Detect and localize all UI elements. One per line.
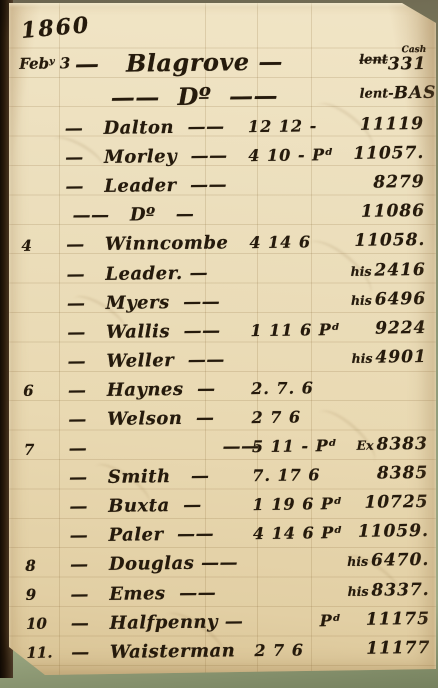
entry-date: 7 — [16, 440, 62, 459]
entry-name: — Wallis —— — [60, 320, 250, 343]
entry-ref-number-wrap: Ex8383 — [356, 436, 428, 454]
entry-ref-prefix: his — [347, 585, 368, 598]
entry-ref-number-wrap: 11175 — [366, 611, 430, 629]
entry-amount: 2. 7. 6 — [251, 378, 337, 398]
entry-reference: 8279 — [335, 174, 435, 192]
entry-reference: 11175 — [340, 610, 438, 628]
entry-ref-number-line: his8337. — [347, 581, 429, 599]
year-heading: 1860 — [20, 12, 91, 44]
entry-date: Febʸ 3 — [11, 54, 57, 73]
entry-amount — [249, 213, 335, 214]
entry-reference: lent-BASS — [333, 84, 438, 103]
entry-amount: 4 10 - Pᵈ — [248, 145, 334, 165]
entry-ref-number: 8279 — [373, 174, 425, 192]
ledger-entries: Febʸ 3 — Blagrove —lentCash331 —— Dº ——l… — [11, 42, 438, 668]
entry-ref-number-wrap: 10725 — [364, 494, 428, 512]
entry-amount — [253, 562, 339, 563]
entry-amount: 1 11 6 Pᵈ — [250, 320, 336, 340]
entry-amount: 4 14 6 Pᵈ — [253, 523, 339, 543]
entry-ref-number-wrap: 11119 — [360, 116, 424, 134]
entry-ref-number: 10725 — [364, 494, 428, 512]
ledger-row: —— Dº ——lent-BASS — [11, 76, 433, 115]
entry-ref-number: 2416 — [374, 261, 426, 279]
entry-reference: his4901 — [337, 349, 437, 367]
entry-ref-number-wrap: BASS — [394, 84, 438, 102]
scanned-ledger-photo: 1860 Febʸ 3 — Blagrove —lentCash331 —— D… — [0, 0, 438, 688]
entry-date — [14, 333, 60, 334]
entry-ref-number: 11175 — [366, 611, 430, 629]
entry-reference: Ex8383 — [338, 436, 438, 454]
entry-ref-label: lent- — [360, 86, 394, 101]
entry-amount: 1 19 6 Pᵈ — [252, 494, 338, 514]
entry-amount — [250, 300, 336, 301]
entry-reference: 11086 — [335, 203, 435, 221]
entry-ref-number: 331 — [388, 55, 427, 72]
entry-ref-number-line: 11058. — [354, 232, 425, 250]
entry-amount — [250, 271, 336, 272]
entry-reference: 10725 — [339, 494, 438, 512]
entry-date: 4 — [13, 236, 59, 255]
entry-ref-prefix: his — [347, 556, 368, 569]
entry-name: — Welson — — [61, 407, 251, 430]
entry-ref-number-wrap: 11177 — [366, 640, 430, 658]
entry-amount — [249, 184, 335, 185]
entry-date — [17, 507, 63, 508]
entry-ref-number-wrap: his8337. — [347, 581, 429, 599]
entry-ref-number: 6470. — [371, 552, 429, 570]
entry-date — [14, 304, 60, 305]
entry-reference: his6470. — [339, 552, 438, 570]
entry-reference: his8337. — [340, 581, 438, 599]
entry-reference — [337, 386, 437, 387]
entry-ref-number: 6496 — [375, 291, 427, 309]
entry-name: — Waisterman — [64, 640, 254, 663]
entry-ref-number-line: 9224 — [375, 320, 427, 338]
entry-ref-number-wrap: 11058. — [354, 232, 425, 250]
entry-ref-number-wrap: 8385 — [377, 465, 429, 483]
entry-ref-prefix: his — [350, 265, 371, 278]
entry-ref-number-line: his4901 — [352, 349, 427, 367]
entry-ref-number-wrap: 8279 — [373, 174, 425, 192]
entry-date — [13, 216, 59, 217]
entry-ref-number-wrap: 11086 — [361, 203, 425, 221]
entry-name: — Buxta — — [62, 494, 252, 517]
entry-ref-number-line: 11175 — [366, 611, 430, 629]
entry-ref-number-wrap: 9224 — [375, 320, 427, 338]
entry-reference: lentCash331 — [333, 45, 436, 73]
entry-ref-number-line: 11059. — [358, 523, 429, 541]
entry-name: — Myers —— — [60, 291, 250, 314]
entry-ref-number: 8383 — [376, 436, 428, 454]
entry-ref-number-line: his6470. — [347, 552, 429, 570]
entry-date — [14, 274, 60, 275]
entry-reference: 11058. — [335, 232, 435, 250]
entry-amount — [254, 591, 340, 592]
entry-name: — Morley —— — [58, 145, 248, 168]
entry-ref-number: 11059. — [358, 523, 429, 541]
entry-reference: his6496 — [336, 290, 436, 308]
ledger-row: Febʸ 3 — Blagrove —lentCash331 — [11, 42, 433, 81]
entry-name: — Blagrove — — [57, 47, 247, 78]
entry-date: 10 — [18, 615, 64, 634]
entry-ref-number: 11058. — [354, 232, 425, 250]
entry-date: 9 — [18, 585, 64, 604]
entry-ref-prefix: his — [352, 352, 373, 365]
entry-name: — Leader —— — [59, 174, 249, 197]
entry-reference: 11119 — [334, 116, 434, 134]
entry-ref-number: 9224 — [375, 320, 427, 338]
entry-date: 8 — [17, 556, 63, 575]
entry-date — [17, 536, 63, 537]
entry-ref-number-line: 11057. — [353, 145, 424, 163]
entry-name: — Douglas —— — [63, 553, 253, 576]
entry-ref-number: 11057. — [353, 145, 424, 163]
entry-amount: 2 7 6 — [254, 640, 340, 660]
entry-amount: Pᵈ — [254, 611, 340, 631]
entry-ref-number-line: 8385 — [377, 465, 429, 483]
entry-reference: 11059. — [339, 523, 438, 541]
entry-amount: 5 11 - Pᵈ — [252, 436, 338, 456]
entry-ref-number: BASS — [394, 84, 438, 102]
entry-ref-number-wrap: his6496 — [351, 291, 426, 309]
entry-name: — Winncombe — [59, 233, 249, 256]
entry-reference: his2416 — [336, 261, 436, 279]
entry-reference: 8385 — [338, 465, 438, 483]
entry-ref-label: lent — [359, 52, 388, 67]
entry-name: — Emes —— — [64, 582, 254, 605]
entry-name: — Haynes — — [61, 378, 251, 401]
entry-ref-number-line: 10725 — [364, 494, 428, 512]
entry-name: — Smith — — [62, 465, 252, 488]
ledger-row: 11. — Waisterman2 7 611177 — [18, 633, 438, 667]
entry-name: — Paler —— — [63, 523, 253, 546]
entry-ref-number-wrap: 11057. — [353, 145, 424, 163]
entry-amount: 4 14 6 — [249, 232, 335, 252]
entry-ref-number: 11177 — [366, 640, 430, 658]
entry-ref-number: 11119 — [360, 116, 424, 134]
entry-ref-number-wrap: his4901 — [352, 349, 427, 367]
ledger-page: 1860 Febʸ 3 — Blagrove —lentCash331 —— D… — [9, 3, 436, 675]
entry-amount: 12 12 - — [248, 116, 334, 136]
entry-date — [16, 420, 62, 421]
entry-date: 11. — [18, 644, 64, 663]
entry-ref-number-line: 8279 — [373, 174, 425, 192]
entry-ref-number-line: his2416 — [350, 261, 425, 279]
entry-ref-number: 8385 — [377, 465, 429, 483]
entry-date — [12, 129, 58, 130]
entry-ref-number-line: 11119 — [360, 116, 424, 134]
entry-ref-number: 8337. — [371, 581, 429, 599]
entry-ref-number-wrap: his6470. — [347, 552, 429, 570]
entry-name: — Leader. — — [60, 262, 250, 285]
entry-date — [15, 362, 61, 363]
entry-ref-prefix: his — [351, 294, 372, 307]
entry-name: —— Dº —— — [57, 81, 247, 112]
entry-reference: 11057. — [334, 145, 434, 163]
entry-ref-number-line: his6496 — [351, 291, 426, 309]
entry-reference: 11177 — [340, 640, 438, 658]
entry-name: — Dalton —— — [58, 116, 248, 139]
entry-ref-number-line: 11086 — [361, 203, 425, 221]
entry-date — [16, 478, 62, 479]
entry-ref-number-wrap: Cash331 — [388, 45, 427, 72]
entry-name: — Weller —— — [61, 349, 251, 372]
entry-ref-number: 11086 — [361, 203, 425, 221]
entry-ref-number-line: Ex8383 — [356, 436, 428, 454]
entry-date — [12, 97, 58, 98]
entry-ref-number-line: BASS — [394, 84, 438, 102]
entry-ref-prefix: Ex — [357, 440, 374, 453]
entry-ref-number-line: 331 — [388, 55, 427, 72]
entry-date — [12, 158, 58, 159]
entry-amount: 7. 17 6 — [252, 465, 338, 485]
entry-name: — —— — [62, 436, 252, 459]
entry-date — [13, 187, 59, 188]
entry-amount: 2 7 6 — [251, 407, 337, 427]
entry-ref-number-wrap: his2416 — [350, 261, 425, 279]
entry-ref-number: 4901 — [375, 349, 427, 367]
entry-ref-number-line: 11177 — [366, 640, 430, 658]
entry-date: 6 — [15, 382, 61, 401]
entry-reference — [338, 415, 438, 416]
entry-name: —— Dº — — [59, 203, 249, 226]
entry-name: — Halfpenny — — [64, 611, 254, 634]
entry-ref-number-wrap: 11059. — [358, 523, 429, 541]
entry-amount — [251, 358, 337, 359]
entry-reference: 9224 — [336, 320, 436, 338]
